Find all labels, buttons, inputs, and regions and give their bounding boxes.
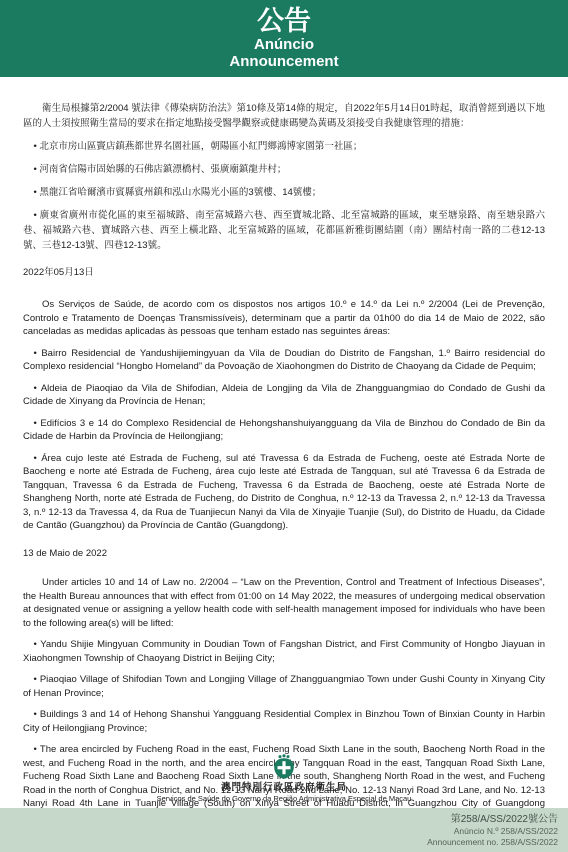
org-name-chinese: 澳門特別行政區政府衛生局 bbox=[0, 782, 568, 794]
page-title-english: Announcement bbox=[0, 53, 568, 70]
header-banner: 公告 Anúncio Announcement bbox=[0, 0, 568, 77]
section-chinese: 衛生局根據第2/2004 號法律《傳染病防治法》第10條及第14條的規定，自20… bbox=[23, 101, 545, 280]
health-bureau-logo-icon bbox=[271, 754, 297, 780]
english-intro-paragraph: Under articles 10 and 14 of Law no. 2/20… bbox=[23, 576, 545, 630]
chinese-area-item: 河南省信陽市固始縣的石佛店鎮漂橋村、張廣廟鎮龍井村； bbox=[23, 162, 545, 177]
english-area-item: Piaoqiao Village of Shifodian Town and L… bbox=[23, 673, 545, 700]
portuguese-area-item: Aldeia de Piaoqiao da Vila de Shifodian,… bbox=[23, 382, 545, 409]
reference-number-english: Announcement no. 258/A/SS/2022 bbox=[0, 837, 558, 848]
section-portuguese: Os Serviços de Saúde, de acordo com os d… bbox=[23, 298, 545, 560]
english-area-item: Buildings 3 and 14 of Hehong Shanshui Ya… bbox=[23, 708, 545, 735]
portuguese-intro-paragraph: Os Serviços de Saúde, de acordo com os d… bbox=[23, 298, 545, 339]
org-name-portuguese: Serviços de Saúde do Governo da Região A… bbox=[0, 794, 568, 804]
page-title-portuguese: Anúncio bbox=[0, 36, 568, 53]
announcement-body: 衛生局根據第2/2004 號法律《傳染病防治法》第10條及第14條的規定，自20… bbox=[0, 77, 568, 852]
chinese-intro-paragraph: 衛生局根據第2/2004 號法律《傳染病防治法》第10條及第14條的規定，自20… bbox=[23, 101, 545, 131]
chinese-date: 2022年05月13日 bbox=[23, 265, 545, 280]
reference-number-chinese: 第258/A/SS/2022號公告 bbox=[0, 813, 558, 826]
portuguese-date: 13 de Maio de 2022 bbox=[23, 547, 545, 561]
portuguese-area-item: Edifícios 3 e 14 do Complexo Residencial… bbox=[23, 417, 545, 444]
reference-number-bar: 第258/A/SS/2022號公告 Anúncio N.º 258/A/SS/2… bbox=[0, 808, 568, 852]
footer-org-block: 澳門特別行政區政府衛生局 Serviços de Saúde do Govern… bbox=[0, 754, 568, 808]
announcement-page: 公告 Anúncio Announcement 衛生局根據第2/2004 號法律… bbox=[0, 0, 568, 852]
chinese-area-item: 廣東省廣州市從化區的東至福城路、南至富城路六巷、西至寶城北路、北至富城路的區域，… bbox=[23, 208, 545, 253]
chinese-area-item: 黑龍江省哈爾濱市賓縣賓州鎮和泓山水陽光小區的3號樓、14號樓； bbox=[23, 185, 545, 200]
page-title-chinese: 公告 bbox=[0, 6, 568, 36]
portuguese-area-item: Área cujo leste até Estrada de Fucheng, … bbox=[23, 452, 545, 533]
portuguese-area-item: Bairro Residencial de Yandushijiemingyua… bbox=[23, 347, 545, 374]
english-area-item: Yandu Shijie Mingyuan Community in Doudi… bbox=[23, 638, 545, 665]
chinese-area-item: 北京市房山區竇店鎮燕都世界名園社區，朝陽區小紅門鄉鴻博家園第一社區； bbox=[23, 139, 545, 154]
reference-number-portuguese: Anúncio N.º 258/A/SS/2022 bbox=[0, 826, 558, 837]
